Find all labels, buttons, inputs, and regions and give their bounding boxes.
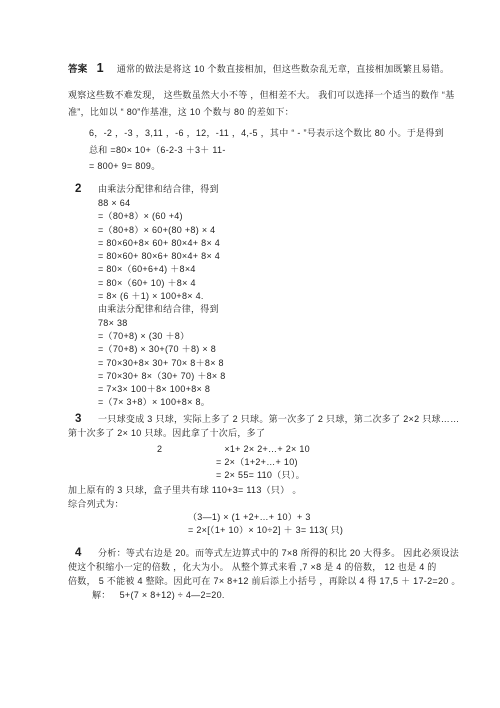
section2-equation: =（70+8) × 30+(70 ＋8) × 8 bbox=[98, 343, 448, 356]
answer1-line6: = 800+ 9= 809。 bbox=[89, 159, 448, 173]
answer1-header-row: 答案 1 通常的做法是将这 10 个数直接相加，但这些数杂乱无章，直接相加既繁且… bbox=[68, 61, 448, 77]
section2-number: 2 bbox=[75, 182, 98, 196]
section4-line2: 使这个积缩小一定的倍数 ，化大为小。 从整个算式来看 ,7 ×8 是 4 的倍数… bbox=[68, 560, 448, 574]
section3-line4: 综合列式为： bbox=[68, 497, 448, 511]
section2-equation: = 80×（60+6+4) ＋8×4 bbox=[98, 263, 448, 276]
section2-equation: = 70×30+ 8×（30+ 70) ＋8× 8 bbox=[98, 370, 448, 383]
answer1-line4: 6，-2 ，-3 ，3,11 ，-6 ，12，-11 ，4,-5 ，其中 “ -… bbox=[89, 126, 448, 140]
section2-equation: = 70×30+8× 30+ 70× 8＋8× 8 bbox=[98, 357, 448, 370]
section3-eq5: = 2×[（1+ 10）× 10÷2] ＋ 3= 113( 只) bbox=[188, 524, 448, 537]
section2-equation: =（70+8) × (30 ＋8） bbox=[98, 330, 448, 343]
document-page: 答案 1 通常的做法是将这 10 个数直接相加，但这些数杂乱无章，直接相加既繁且… bbox=[0, 0, 500, 708]
section3-number: 3 bbox=[75, 412, 98, 426]
section2-equation: =（80+8）× 60+(80 +8) × 4 bbox=[98, 224, 448, 237]
answer-label: 答案 bbox=[68, 63, 88, 77]
section3-line3: 加上原有的 3 只球，盒子里共有球 110+3= 113（只） 。 bbox=[68, 483, 448, 497]
section3-eq2: = 2×（1+2+…+ 10) bbox=[216, 456, 448, 469]
section3-equation-row: 2×1+ 2× 2+…+ 2× 10 bbox=[157, 443, 448, 456]
page-content: 答案 1 通常的做法是将这 10 个数直接相加，但这些数杂乱无章，直接相加既繁且… bbox=[68, 61, 448, 602]
section2-equation: = 7×3× 100＋8× 100+8× 8 bbox=[98, 383, 448, 396]
solution-label: 解： bbox=[92, 590, 111, 600]
section2-header-row: 2 由乘法分配律和结合律，得到 bbox=[68, 182, 448, 196]
section2-equation: = 8× (6 ＋1) × 100+8× 4. bbox=[98, 290, 448, 303]
section3-line2: 第十次多了 2× 10 只球。因此拿了十次后，多了 bbox=[68, 426, 448, 440]
section2-equation: = 80×60+8× 60+ 80×4+ 8× 4 bbox=[98, 237, 448, 250]
section4-line1: 分析：等式右边是 20。而等式左边算式中的 7×8 所得的积比 20 大得多。 … bbox=[98, 546, 459, 560]
section2-intro: 由乘法分配律和结合律，得到 bbox=[98, 182, 219, 196]
answer1-line5: 总和 =80× 10+（6-2-3 ＋3＋ 11- bbox=[89, 143, 448, 157]
section3-header-row: 3 一只球变成 3 只球，实际上多了 2 只球。第一次多了 2 只球，第二次多了… bbox=[68, 412, 448, 426]
section2-equation: 88 × 64 bbox=[98, 197, 448, 210]
section2-equation: =（7× 3+8）× 100+8× 8。 bbox=[98, 396, 448, 409]
answer-number: 1 bbox=[97, 61, 104, 75]
section2-equation: = 80×（60+ 10) ＋8× 4 bbox=[98, 277, 448, 290]
section3-eq-lead: 2 bbox=[157, 444, 162, 454]
section4-number: 4 bbox=[75, 546, 98, 560]
section4-line3: 倍数， 5 不能被 4 整除。因此可在 7× 8+12 前后添上小括号 ，再除以… bbox=[68, 574, 448, 588]
section4-solution-row: 解：5+(7 × 8+12) ÷ 4—2=20. bbox=[92, 588, 448, 602]
section3-eq1: ×1+ 2× 2+…+ 2× 10 bbox=[224, 444, 310, 454]
section2-text: 由乘法分配律和结合律，得到 bbox=[98, 303, 448, 316]
solution-equation: 5+(7 × 8+12) ÷ 4—2=20. bbox=[120, 590, 225, 600]
section3-line1: 一只球变成 3 只球，实际上多了 2 只球。第一次多了 2 只球，第二次多了 2… bbox=[98, 412, 459, 426]
section2-equation: =（80+8）× (60 +4) bbox=[98, 210, 448, 223]
section3-eq4: （3—1) × (1 +2+…+ 10）+ 3 bbox=[188, 511, 448, 524]
section4-header-row: 4 分析：等式右边是 20。而等式左边算式中的 7×8 所得的积比 20 大得多… bbox=[68, 546, 448, 560]
answer1-line3: 准”，比如以 “ 80”作基准，这 10 个数与 80 的差如下： bbox=[68, 105, 448, 119]
answer1-line2: 观察这些数不难发现， 这些数虽然大小不等 ，但相差不大。 我们可以选择一个适当的… bbox=[68, 88, 448, 102]
section2-equation: 78× 38 bbox=[98, 317, 448, 330]
section3-eq3: = 2× 55= 110（只）。 bbox=[216, 469, 448, 482]
answer1-line1: 通常的做法是将这 10 个数直接相加，但这些数杂乱无章，直接相加既繁且易错。 bbox=[117, 62, 449, 76]
section2-equation: = 80×60+ 80×6+ 80×4+ 8× 4 bbox=[98, 250, 448, 263]
